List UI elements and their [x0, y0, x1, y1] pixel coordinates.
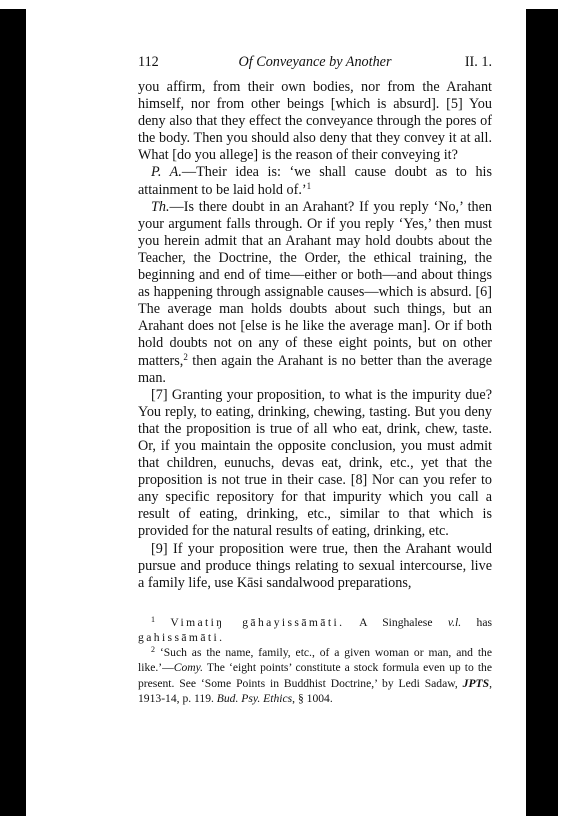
paragraph-4: [7] Granting your proposition, to what i… — [138, 387, 492, 541]
footnote-1-term2: gahissāmāti. — [138, 631, 224, 644]
paragraph-5: [9] If your proposition were true, then … — [138, 541, 492, 592]
footnote-2-comy: Comy. — [174, 661, 203, 674]
speaker-th: Th. — [151, 199, 170, 215]
scan-border-left — [0, 9, 26, 816]
book-page: 112 Of Conveyance by Another II. 1. you … — [138, 53, 492, 706]
footnotes: 1 Vimatiŋ gāhayissāmāti. A Singhalese v.… — [138, 615, 492, 706]
footnote-1-mark: 1 — [151, 615, 155, 624]
running-head: 112 Of Conveyance by Another II. 1. — [138, 53, 492, 71]
scan-border-right — [526, 9, 558, 816]
footnote-2-jpts: JPTS — [463, 677, 489, 690]
speaker-pa: P. A. — [151, 164, 182, 180]
body-text: you affirm, from their own bodies, nor f… — [138, 79, 492, 592]
footnote-2: 2 ‘Such as the name, family, etc., of a … — [138, 645, 492, 706]
footnote-1-term: Vimatiŋ gāhayissāmāti. — [170, 616, 344, 629]
paragraph-2: P. A.—Their idea is: ‘we shall cause dou… — [138, 164, 492, 198]
footnote-1-vl: v.l. — [448, 616, 461, 629]
section-number: II. 1. — [465, 53, 492, 71]
paragraph-3-text-b: then again the Arahant is no better than… — [138, 353, 492, 386]
chapter-title: Of Conveyance by Another — [138, 53, 492, 71]
footnote-2-bud-psy-ethics: Bud. Psy. Ethics — [217, 692, 292, 705]
paragraph-2-text: —Their idea is: ‘we shall cause doubt as… — [138, 164, 492, 197]
footnote-2-text-d: , § 1004. — [292, 692, 333, 705]
footnote-1-has: has — [461, 616, 492, 629]
footnote-1-text: A Singhalese — [344, 616, 447, 629]
footnote-1: 1 Vimatiŋ gāhayissāmāti. A Singhalese v.… — [138, 615, 492, 645]
paragraph-1: you affirm, from their own bodies, nor f… — [138, 79, 492, 164]
footnote-ref-1: 1 — [307, 181, 312, 191]
paragraph-3-text-a: —Is there doubt in an Arahant? If you re… — [138, 199, 492, 369]
paragraph-3: Th.—Is there doubt in an Arahant? If you… — [138, 199, 492, 387]
